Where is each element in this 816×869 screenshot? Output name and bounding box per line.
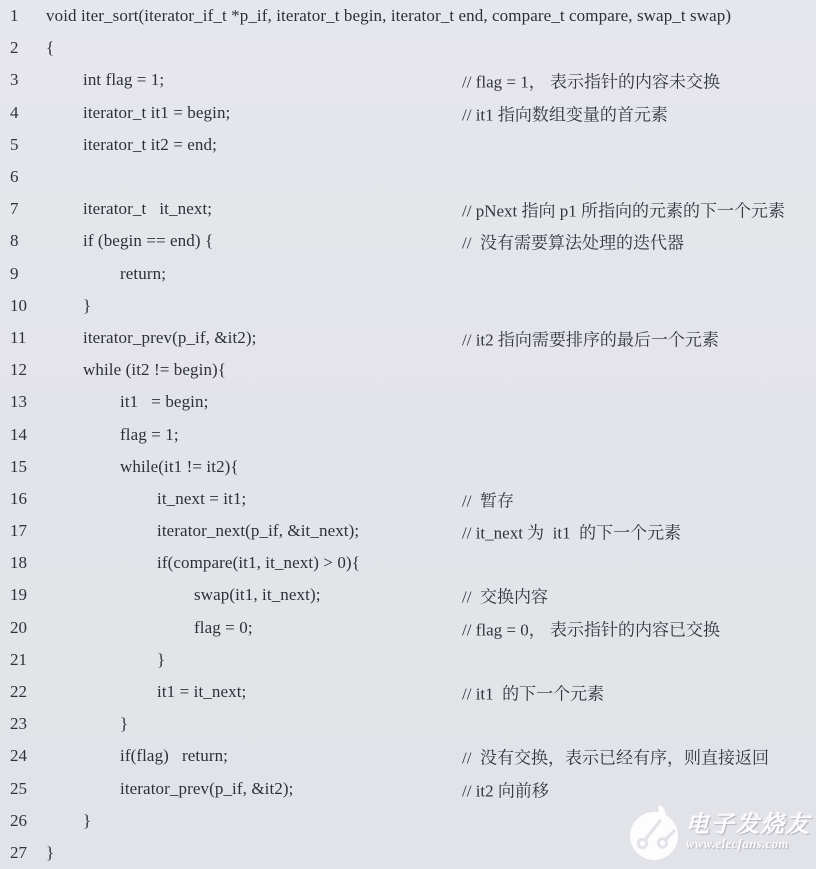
line-number: 5 <box>10 135 40 155</box>
line-number: 7 <box>10 199 40 219</box>
line-number: 10 <box>10 296 40 316</box>
line-number: 8 <box>10 231 40 251</box>
comment-text: // flag = 1， 表示指针的内容未交换 <box>462 68 720 93</box>
watermark-text-block: 电子发烧友 www.elecfans.com <box>686 813 811 851</box>
line-number: 9 <box>10 264 40 284</box>
code-line: 2{ <box>0 32 816 64</box>
line-number: 14 <box>10 425 40 445</box>
line-number: 19 <box>10 585 40 605</box>
code-line: 24if(flag) return;// 没有交换，表示已经有序，则直接返回 <box>0 740 816 772</box>
line-number: 6 <box>10 167 40 187</box>
comment-text: // it1 指向数组变量的首元素 <box>462 100 668 125</box>
comment-text: // it2 指向需要排序的最后一个元素 <box>462 325 719 350</box>
code-line: 4iterator_t it1 = begin;// it1 指向数组变量的首元… <box>0 97 816 129</box>
line-number: 2 <box>10 38 40 58</box>
comment-text: // pNext 指向 p1 所指向的元素的下一个元素 <box>462 197 785 222</box>
line-number: 3 <box>10 70 40 90</box>
code-line: 13it1 = begin; <box>0 386 816 418</box>
line-number: 16 <box>10 489 40 509</box>
code-line: 16it_next = it1;// 暂存 <box>0 483 816 515</box>
code-line: 19swap(it1, it_next);// 交换内容 <box>0 579 816 611</box>
code-line: 18if(compare(it1, it_next) > 0){ <box>0 547 816 579</box>
watermark-url: www.elecfans.com <box>686 838 789 851</box>
code-line: 20flag = 0;// flag = 0， 表示指针的内容已交换 <box>0 612 816 644</box>
code-line: 23} <box>0 708 816 740</box>
line-number: 24 <box>10 746 40 766</box>
code-line: 5iterator_t it2 = end; <box>0 129 816 161</box>
code-text: void iter_sort(iterator_if_t *p_if, iter… <box>0 6 731 26</box>
line-number: 21 <box>10 650 40 670</box>
comment-text: // it2 向前移 <box>462 776 549 801</box>
line-number: 27 <box>10 843 40 863</box>
comment-text: // 暂存 <box>462 486 514 511</box>
line-number: 26 <box>10 811 40 831</box>
code-line: 22it1 = it_next;// it1 的下一个元素 <box>0 676 816 708</box>
code-line: 17iterator_next(p_if, &it_next);// it_ne… <box>0 515 816 547</box>
watermark-brand: 电子发烧友 <box>686 813 811 837</box>
comment-text: // 没有交换，表示已经有序，则直接返回 <box>462 744 769 769</box>
line-number: 25 <box>10 779 40 799</box>
code-line: 15while(it1 != it2){ <box>0 451 816 483</box>
line-number: 13 <box>10 392 40 412</box>
code-line: 21} <box>0 644 816 676</box>
line-number: 15 <box>10 457 40 477</box>
line-number: 23 <box>10 714 40 734</box>
line-number: 22 <box>10 682 40 702</box>
code-lines-container: 1void iter_sort(iterator_if_t *p_if, ite… <box>0 0 816 869</box>
line-number: 1 <box>10 6 40 26</box>
code-line: 8if (begin == end) {// 没有需要算法处理的迭代器 <box>0 225 816 257</box>
code-line: 3int flag = 1;// flag = 1， 表示指针的内容未交换 <box>0 64 816 96</box>
code-line: 12while (it2 != begin){ <box>0 354 816 386</box>
line-number: 11 <box>10 328 40 348</box>
code-text: iterator_next(p_if, &it_next); <box>0 521 359 541</box>
code-text: swap(it1, it_next); <box>0 585 321 605</box>
comment-text: // 没有需要算法处理的迭代器 <box>462 229 684 254</box>
code-listing-page: 1void iter_sort(iterator_if_t *p_if, ite… <box>0 0 816 869</box>
line-number: 20 <box>10 618 40 638</box>
line-number: 17 <box>10 521 40 541</box>
code-line: 9return; <box>0 258 816 290</box>
code-line: 25iterator_prev(p_if, &it2);// it2 向前移 <box>0 773 816 805</box>
code-text: if(compare(it1, it_next) > 0){ <box>0 553 360 573</box>
line-number: 12 <box>10 360 40 380</box>
elecfans-watermark: 电子发烧友 www.elecfans.com <box>629 803 811 861</box>
code-line: 1void iter_sort(iterator_if_t *p_if, ite… <box>0 0 816 32</box>
code-line: 6 <box>0 161 816 193</box>
code-line: 7iterator_t it_next;// pNext 指向 p1 所指向的元… <box>0 193 816 225</box>
comment-text: // it1 的下一个元素 <box>462 680 604 705</box>
comment-text: // 交换内容 <box>462 583 548 608</box>
comment-text: // flag = 0， 表示指针的内容已交换 <box>462 615 720 640</box>
comment-text: // it_next 为 it1 的下一个元素 <box>462 519 681 544</box>
line-number: 18 <box>10 553 40 573</box>
line-number: 4 <box>10 103 40 123</box>
code-line: 11iterator_prev(p_if, &it2);// it2 指向需要排… <box>0 322 816 354</box>
code-text: iterator_prev(p_if, &it2); <box>0 779 294 799</box>
elecfans-logo-icon <box>629 803 681 861</box>
code-line: 10} <box>0 290 816 322</box>
code-line: 14flag = 1; <box>0 418 816 450</box>
